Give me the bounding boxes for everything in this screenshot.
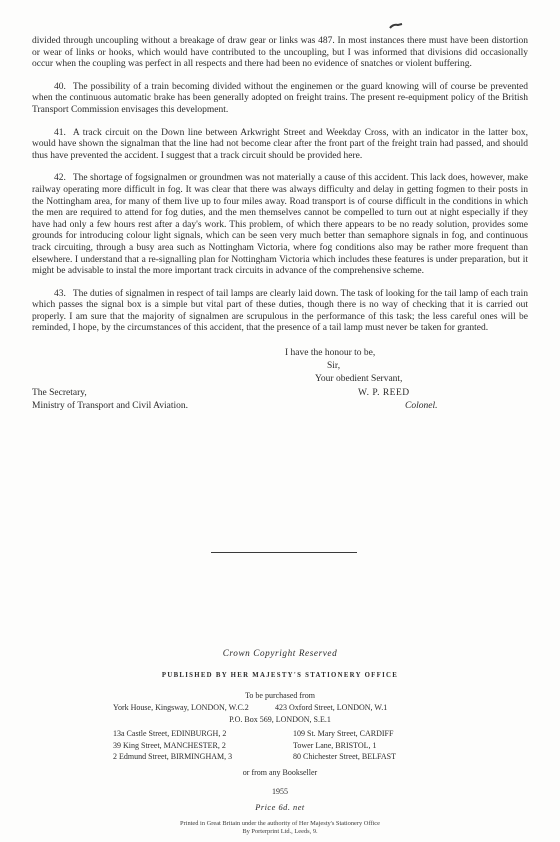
section-divider-rule [211, 552, 357, 553]
paragraph-43: 43.The duties of signalmen in respect of… [32, 289, 528, 335]
address-row: 39 King Street, MANCHESTER, 2 Tower Lane… [0, 740, 560, 752]
printer-line1: Printed in Great Britain under the autho… [0, 820, 560, 828]
report-page: divided through uncoupling without a bre… [0, 0, 560, 842]
paragraph-42: 42.The shortage of fogsignalmen or groun… [32, 173, 528, 277]
pen-mark-artifact [389, 21, 403, 31]
valediction-line: Sir, [32, 360, 528, 373]
address-bristol: Tower Lane, BRISTOL, 1 [293, 740, 377, 751]
address-row: York House, Kingsway, LONDON, W.C.2 423 … [0, 702, 560, 714]
paragraph-40: 40.The possibility of a train becoming d… [32, 82, 528, 117]
signature-line: Ministry of Transport and Civil Aviation… [32, 400, 528, 413]
address-belfast: 80 Chichester Street, BELFAST [293, 751, 396, 762]
address-york-house: York House, Kingsway, LONDON, W.C.2 [113, 702, 249, 713]
valediction-line: Your obedient Servant, [32, 373, 528, 386]
price-line: Price 6d. net [0, 802, 560, 813]
report-body: divided through uncoupling without a bre… [32, 36, 528, 413]
paragraph-text: The possibility of a train becoming divi… [32, 82, 528, 115]
address-po-box: P.O. Box 569, LONDON, S.E.1 [0, 714, 560, 726]
paragraph-number: 40. [54, 82, 66, 92]
paragraph-text: The duties of signalmen in respect of ta… [32, 289, 528, 334]
address-cardiff: 109 St. Mary Street, CARDIFF [293, 728, 393, 739]
printer-line2: By Porterprint Ltd., Leeds, 9. [0, 828, 560, 836]
signature-name: W. P. REED [358, 387, 410, 400]
valediction-block: I have the honour to be, Sir, Your obedi… [32, 347, 528, 413]
printer-imprint: Printed in Great Britain under the autho… [0, 820, 560, 836]
sir-line: Sir, [327, 361, 340, 371]
published-by-line: PUBLISHED BY HER MAJESTY'S STATIONERY OF… [0, 670, 560, 681]
honour-line: I have the honour to be, [285, 348, 375, 358]
paragraph-number: 43. [54, 289, 66, 299]
signature-rank: Colonel. [405, 400, 437, 413]
addressee-line2: Ministry of Transport and Civil Aviation… [32, 401, 188, 411]
valediction-line: I have the honour to be, [32, 347, 528, 360]
paragraph-number: 42. [54, 173, 66, 183]
signature-line: The Secretary, W. P. REED [32, 387, 528, 400]
address-edinburgh: 13a Castle Street, EDINBURGH, 2 [113, 728, 226, 739]
servant-line: Your obedient Servant, [315, 374, 402, 384]
addressee-line1: The Secretary, [32, 388, 87, 398]
publication-year: 1955 [0, 786, 560, 797]
address-row: 13a Castle Street, EDINBURGH, 2 109 St. … [0, 728, 560, 740]
paragraph-text: The shortage of fogsignalmen or groundme… [32, 173, 528, 276]
paragraph-number: 41. [54, 128, 66, 138]
crown-copyright-line: Crown Copyright Reserved [0, 648, 560, 659]
paragraph-text: divided through uncoupling without a bre… [32, 36, 528, 69]
purchase-from-line: To be purchased from [0, 690, 560, 701]
address-birmingham: 2 Edmund Street, BIRMINGHAM, 3 [113, 751, 232, 762]
address-manchester: 39 King Street, MANCHESTER, 2 [113, 740, 226, 751]
address-row: 2 Edmund Street, BIRMINGHAM, 3 80 Chiche… [0, 751, 560, 763]
paragraph-continuation: divided through uncoupling without a bre… [32, 36, 528, 71]
paragraph-41: 41.A track circuit on the Down line betw… [32, 128, 528, 163]
bookseller-line: or from any Bookseller [0, 767, 560, 778]
paragraph-text: A track circuit on the Down line between… [32, 128, 528, 161]
address-oxford-street: 423 Oxford Street, LONDON, W.1 [275, 702, 387, 713]
hmso-imprint-block: Crown Copyright Reserved PUBLISHED BY HE… [0, 648, 560, 836]
